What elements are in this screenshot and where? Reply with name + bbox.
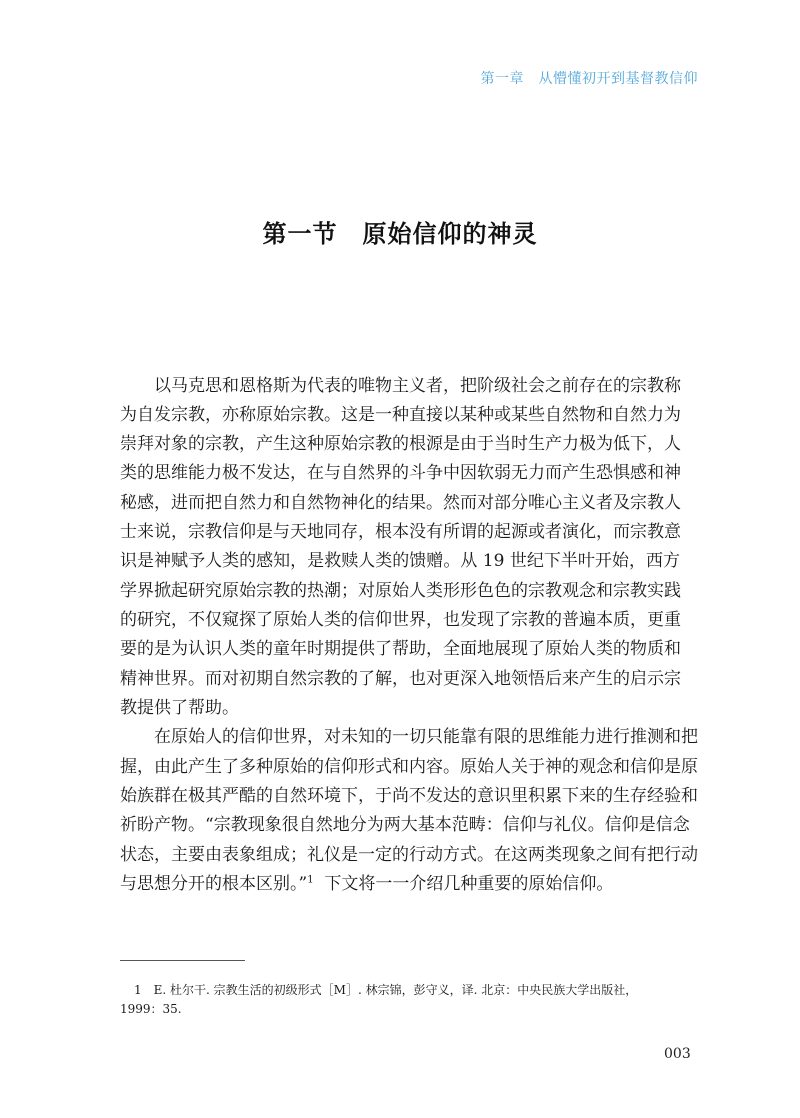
paragraph-2-line: 在原始人的信仰世界，对未知的一切只能靠有限的思维能力进行推测和把 [154, 727, 680, 747]
quote-end-text: 与思想分开的根本区别。” [120, 874, 307, 894]
paragraph-1-line: 崇拜对象的宗教，产生这种原始宗教的根源是由于当时生产力极为低下，人 [120, 434, 680, 454]
paragraph-1-line: 类的思维能力极不发达，在与自然界的斗争中因软弱无力而产生恐惧感和神 [120, 463, 680, 483]
footnote-divider [120, 960, 245, 961]
footnote-line: 1 E. 杜尔干. 宗教生活的初级形式［M］. 林宗锦，彭守义，译. 北京：中央… [134, 982, 637, 998]
paragraph-1-line: 学界掀起研究原始宗教的热潮；对原始人类形形色色的宗教观念和宗教实践 [120, 581, 680, 601]
paragraph-2-line: 状态，主要由表象组成；礼仪是一定的行动方式。在这两类现象之间有把行动 [120, 845, 680, 865]
page-number: 003 [664, 1046, 691, 1062]
paragraph-1-line: 士来说，宗教信仰是与天地同存，根本没有所谓的起源或者演化，而宗教意 [120, 522, 680, 542]
paragraph-2-line: 始族群在极其严酷的自然环境下，于尚不发达的意识里积累下来的生存经验和 [120, 786, 680, 806]
section-title: 第一节 原始信仰的神灵 [0, 214, 800, 249]
paragraph-1-line: 识是神赋予人类的感知，是救赎人类的馈赠。从 19 世纪下半叶开始，西方 [120, 551, 680, 571]
running-header: 第一章 从懵懂初开到基督教信仰 [481, 68, 699, 88]
paragraph-1-line: 以马克思和恩格斯为代表的唯物主义者，把阶级社会之前存在的宗教称 [154, 376, 680, 396]
paragraph-1-line: 为自发宗教，亦称原始宗教。这是一种直接以某种或某些自然物和自然力为 [120, 405, 680, 425]
paragraph-1-line: 要的是为认识人类的童年时期提供了帮助，全面地展现了原始人类的物质和 [120, 639, 680, 659]
paragraph-1-line: 秘感，进而把自然力和自然物神化的结果。然而对部分唯心主义者及宗教人 [120, 493, 680, 513]
paragraph-2-last-line: 与思想分开的根本区别。”1 下文将一一介绍几种重要的原始信仰。 [120, 874, 680, 894]
footnote-line: 1999：35. [120, 1001, 182, 1017]
closing-sentence: 下文将一一介绍几种重要的原始信仰。 [314, 874, 614, 894]
paragraph-1-line: 精神世界。而对初期自然宗教的了解，也对更深入地领悟后来产生的启示宗 [120, 669, 680, 689]
paragraph-1-line: 教提供了帮助。 [120, 698, 680, 718]
paragraph-2-line: 祈盼产物。“宗教现象很自然地分为两大基本范畴：信仰与礼仪。信仰是信念 [120, 815, 680, 835]
paragraph-2-line: 握，由此产生了多种原始的信仰形式和内容。原始人关于神的观念和信仰是原 [120, 757, 680, 777]
paragraph-1-line: 的研究，不仅窥探了原始人类的信仰世界，也发现了宗教的普遍本质，更重 [120, 610, 680, 630]
